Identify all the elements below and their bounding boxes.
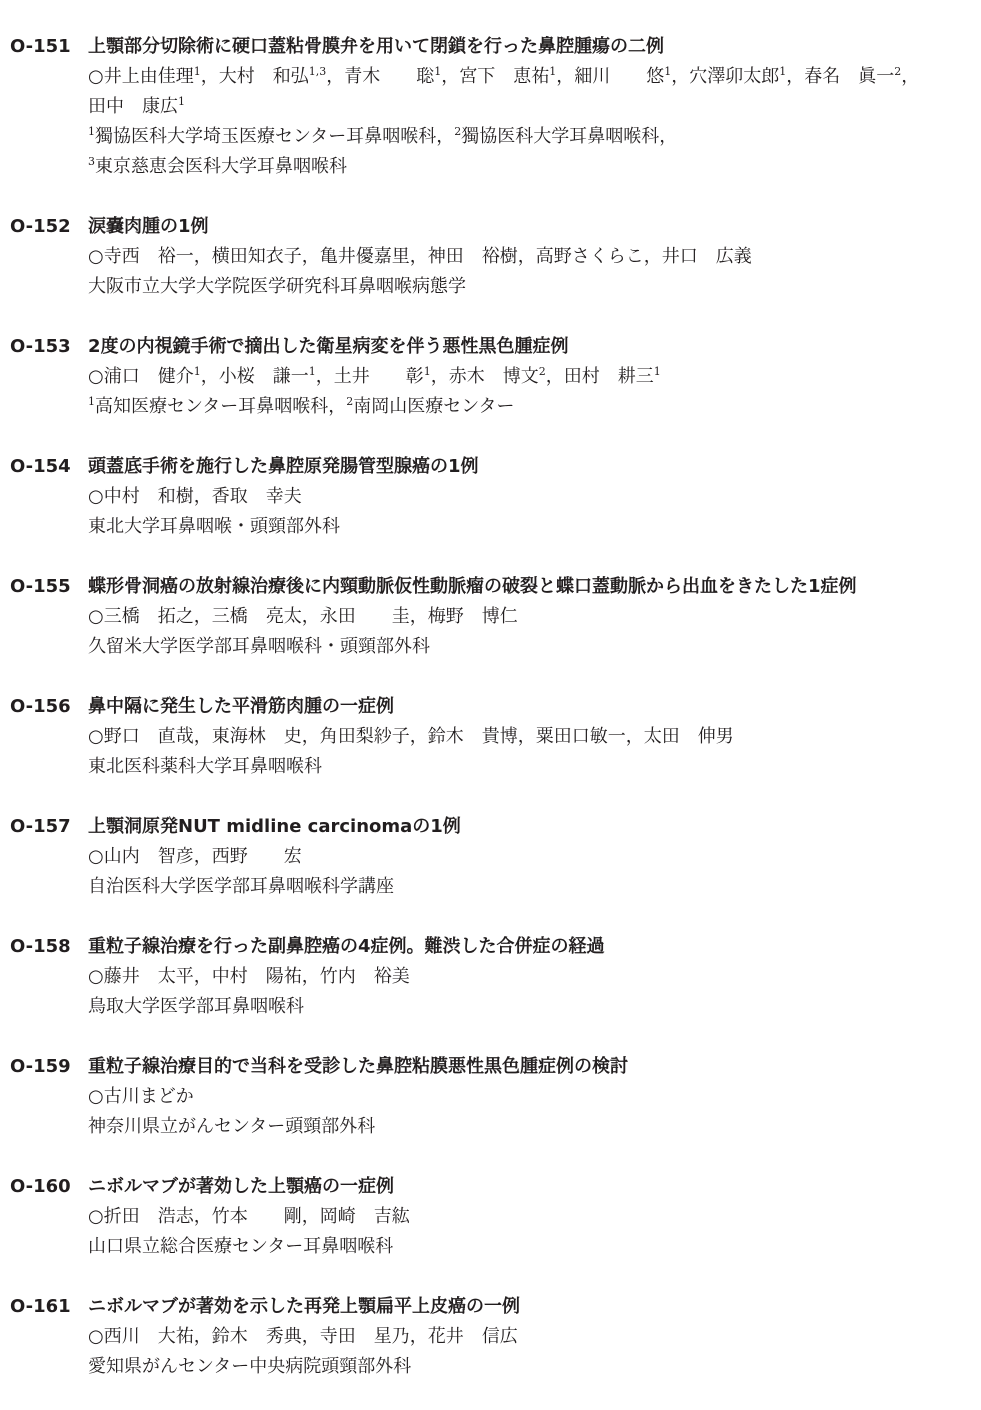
affiliation-line: 愛知県がんセンター中央病院頭頸部外科 — [88, 1352, 973, 1382]
affiliation-ref-superscript: 2 — [346, 395, 353, 408]
presentation-title: 重粒子線治療目的で当科を受診した鼻腔粘膜悪性黒色腫症例の検討 — [88, 1052, 973, 1082]
authors-line: ○山内 智彦，西野 宏 — [88, 842, 973, 872]
affiliation-ref-superscript: 1 — [309, 365, 316, 378]
affiliation-line: 自治医科大学医学部耳鼻咽喉科学講座 — [88, 872, 973, 902]
affiliation-line: 1高知医療センター耳鼻咽喉科，2南岡山医療センター — [88, 392, 973, 422]
presentation-number: O-156 — [10, 692, 88, 722]
presentation-number: O-154 — [10, 452, 88, 482]
program-entry: O-154 頭蓋底手術を施行した鼻腔原発腸管型腺癌の1例 ○中村 和樹，香取 幸… — [10, 452, 973, 542]
entry-body: 涙嚢肉腫の1例 ○寺西 裕一，横田知衣子，亀井優嘉里，神田 裕樹，高野さくらこ，… — [88, 212, 973, 302]
affiliation-ref-superscript: 1 — [549, 65, 556, 78]
affiliation-ref-superscript: 1 — [194, 65, 201, 78]
affiliation-ref-superscript: 1 — [654, 365, 661, 378]
affiliation-line: 鳥取大学医学部耳鼻咽喉科 — [88, 992, 973, 1022]
authors-line: ○井上由佳理1，大村 和弘1,3，青木 聡1，宮下 恵祐1，細川 悠1，穴澤卯太… — [88, 62, 973, 92]
presentation-number: O-158 — [10, 932, 88, 962]
presentation-title: ニボルマブが著効した上顎癌の一症例 — [88, 1172, 973, 1202]
presentation-title: 涙嚢肉腫の1例 — [88, 212, 973, 242]
program-entry: O-153 2度の内視鏡手術で摘出した衛星病変を伴う悪性黒色腫症例 ○浦口 健介… — [10, 332, 973, 422]
presentation-title: 鼻中隔に発生した平滑筋肉腫の一症例 — [88, 692, 973, 722]
affiliation-line: 大阪市立大学大学院医学研究科耳鼻咽喉病態学 — [88, 272, 973, 302]
affiliation-ref-superscript: 1 — [178, 95, 185, 108]
affiliation-ref-superscript: 1 — [434, 65, 441, 78]
program-entry: O-155 蝶形骨洞癌の放射線治療後に内頸動脈仮性動脈瘤の破裂と蝶口蓋動脈から出… — [10, 572, 973, 662]
presentation-title: 蝶形骨洞癌の放射線治療後に内頸動脈仮性動脈瘤の破裂と蝶口蓋動脈から出血をきたした… — [88, 572, 973, 602]
affiliation-ref-superscript: 1,3 — [309, 65, 327, 78]
presentation-number: O-161 — [10, 1292, 88, 1322]
authors-line: ○折田 浩志，竹本 剛，岡崎 吉紘 — [88, 1202, 973, 1232]
authors-line: ○三橋 拓之，三橋 亮太，永田 圭，梅野 博仁 — [88, 602, 973, 632]
authors-line: ○藤井 太平，中村 陽祐，竹内 裕美 — [88, 962, 973, 992]
affiliation-ref-superscript: 3 — [88, 155, 95, 168]
entry-body: 重粒子線治療を行った副鼻腔癌の4症例。難渋した合併症の経過 ○藤井 太平，中村 … — [88, 932, 973, 1022]
entry-body: 重粒子線治療目的で当科を受診した鼻腔粘膜悪性黒色腫症例の検討 ○古川まどか神奈川… — [88, 1052, 973, 1142]
presentation-title: 頭蓋底手術を施行した鼻腔原発腸管型腺癌の1例 — [88, 452, 973, 482]
authors-line: ○西川 大祐，鈴木 秀典，寺田 星乃，花井 信広 — [88, 1322, 973, 1352]
entry-body: ニボルマブが著効を示した再発上顎扁平上皮癌の一例 ○西川 大祐，鈴木 秀典，寺田… — [88, 1292, 973, 1382]
presentation-number: O-153 — [10, 332, 88, 362]
presentation-number: O-155 — [10, 572, 88, 602]
affiliation-line: 東北大学耳鼻咽喉・頭頸部外科 — [88, 512, 973, 542]
affiliation-ref-superscript: 2 — [894, 65, 901, 78]
program-entry: O-161 ニボルマブが著効を示した再発上顎扁平上皮癌の一例 ○西川 大祐，鈴木… — [10, 1292, 973, 1382]
presentation-title: 上顎部分切除術に硬口蓋粘骨膜弁を用いて閉鎖を行った鼻腔腫瘍の二例 — [88, 32, 973, 62]
entry-body: 上顎部分切除術に硬口蓋粘骨膜弁を用いて閉鎖を行った鼻腔腫瘍の二例 ○井上由佳理1… — [88, 32, 973, 182]
affiliation-ref-superscript: 2 — [454, 125, 461, 138]
affiliation-ref-superscript: 1 — [194, 365, 201, 378]
authors-line: ○浦口 健介1，小桜 謙一1，土井 彰1，赤木 博文2，田村 耕三1 — [88, 362, 973, 392]
affiliation-line: 久留米大学医学部耳鼻咽喉科・頭頸部外科 — [88, 632, 973, 662]
program-list: O-151 上顎部分切除術に硬口蓋粘骨膜弁を用いて閉鎖を行った鼻腔腫瘍の二例 ○… — [0, 0, 981, 1382]
program-entry: O-158 重粒子線治療を行った副鼻腔癌の4症例。難渋した合併症の経過 ○藤井 … — [10, 932, 973, 1022]
affiliation-line: 山口県立総合医療センター耳鼻咽喉科 — [88, 1232, 973, 1262]
presentation-title: 重粒子線治療を行った副鼻腔癌の4症例。難渋した合併症の経過 — [88, 932, 973, 962]
authors-line: ○古川まどか — [88, 1082, 973, 1112]
presentation-title: 2度の内視鏡手術で摘出した衛星病変を伴う悪性黒色腫症例 — [88, 332, 973, 362]
program-entry: O-151 上顎部分切除術に硬口蓋粘骨膜弁を用いて閉鎖を行った鼻腔腫瘍の二例 ○… — [10, 32, 973, 182]
entry-body: 上顎洞原発NUT midline carcinomaの1例 ○山内 智彦，西野 … — [88, 812, 973, 902]
affiliation-ref-superscript: 1 — [779, 65, 786, 78]
program-entry: O-156 鼻中隔に発生した平滑筋肉腫の一症例 ○野口 直哉，東海林 史，角田梨… — [10, 692, 973, 782]
program-entry: O-157 上顎洞原発NUT midline carcinomaの1例 ○山内 … — [10, 812, 973, 902]
affiliation-ref-superscript: 1 — [88, 395, 95, 408]
authors-line: ○寺西 裕一，横田知衣子，亀井優嘉里，神田 裕樹，高野さくらこ，井口 広義 — [88, 242, 973, 272]
presentation-number: O-159 — [10, 1052, 88, 1082]
presentation-number: O-151 — [10, 32, 88, 62]
presentation-title: ニボルマブが著効を示した再発上顎扁平上皮癌の一例 — [88, 1292, 973, 1322]
program-entry: O-152 涙嚢肉腫の1例 ○寺西 裕一，横田知衣子，亀井優嘉里，神田 裕樹，高… — [10, 212, 973, 302]
entry-body: 2度の内視鏡手術で摘出した衛星病変を伴う悪性黒色腫症例 ○浦口 健介1，小桜 謙… — [88, 332, 973, 422]
authors-line: ○中村 和樹，香取 幸夫 — [88, 482, 973, 512]
presentation-number: O-157 — [10, 812, 88, 842]
presentation-number: O-160 — [10, 1172, 88, 1202]
affiliation-line: 1獨協医科大学埼玉医療センター耳鼻咽喉科，2獨協医科大学耳鼻咽喉科， — [88, 122, 973, 152]
affiliation-line: 3東京慈恵会医科大学耳鼻咽喉科 — [88, 152, 973, 182]
affiliation-ref-superscript: 1 — [88, 125, 95, 138]
entry-body: 蝶形骨洞癌の放射線治療後に内頸動脈仮性動脈瘤の破裂と蝶口蓋動脈から出血をきたした… — [88, 572, 973, 662]
entry-body: 頭蓋底手術を施行した鼻腔原発腸管型腺癌の1例 ○中村 和樹，香取 幸夫東北大学耳… — [88, 452, 973, 542]
presentation-number: O-152 — [10, 212, 88, 242]
entry-body: 鼻中隔に発生した平滑筋肉腫の一症例 ○野口 直哉，東海林 史，角田梨紗子，鈴木 … — [88, 692, 973, 782]
presentation-title: 上顎洞原発NUT midline carcinomaの1例 — [88, 812, 973, 842]
affiliation-line: 神奈川県立がんセンター頭頸部外科 — [88, 1112, 973, 1142]
program-entry: O-160 ニボルマブが著効した上顎癌の一症例 ○折田 浩志，竹本 剛，岡崎 吉… — [10, 1172, 973, 1262]
affiliation-ref-superscript: 1 — [424, 365, 431, 378]
program-entry: O-159 重粒子線治療目的で当科を受診した鼻腔粘膜悪性黒色腫症例の検討 ○古川… — [10, 1052, 973, 1142]
affiliation-ref-superscript: 1 — [664, 65, 671, 78]
authors-line: 田中 康広1 — [88, 92, 973, 122]
entry-body: ニボルマブが著効した上顎癌の一症例 ○折田 浩志，竹本 剛，岡崎 吉紘山口県立総… — [88, 1172, 973, 1262]
authors-line: ○野口 直哉，東海林 史，角田梨紗子，鈴木 貴博，粟田口敏一，太田 伸男 — [88, 722, 973, 752]
affiliation-line: 東北医科薬科大学耳鼻咽喉科 — [88, 752, 973, 782]
affiliation-ref-superscript: 2 — [539, 365, 546, 378]
